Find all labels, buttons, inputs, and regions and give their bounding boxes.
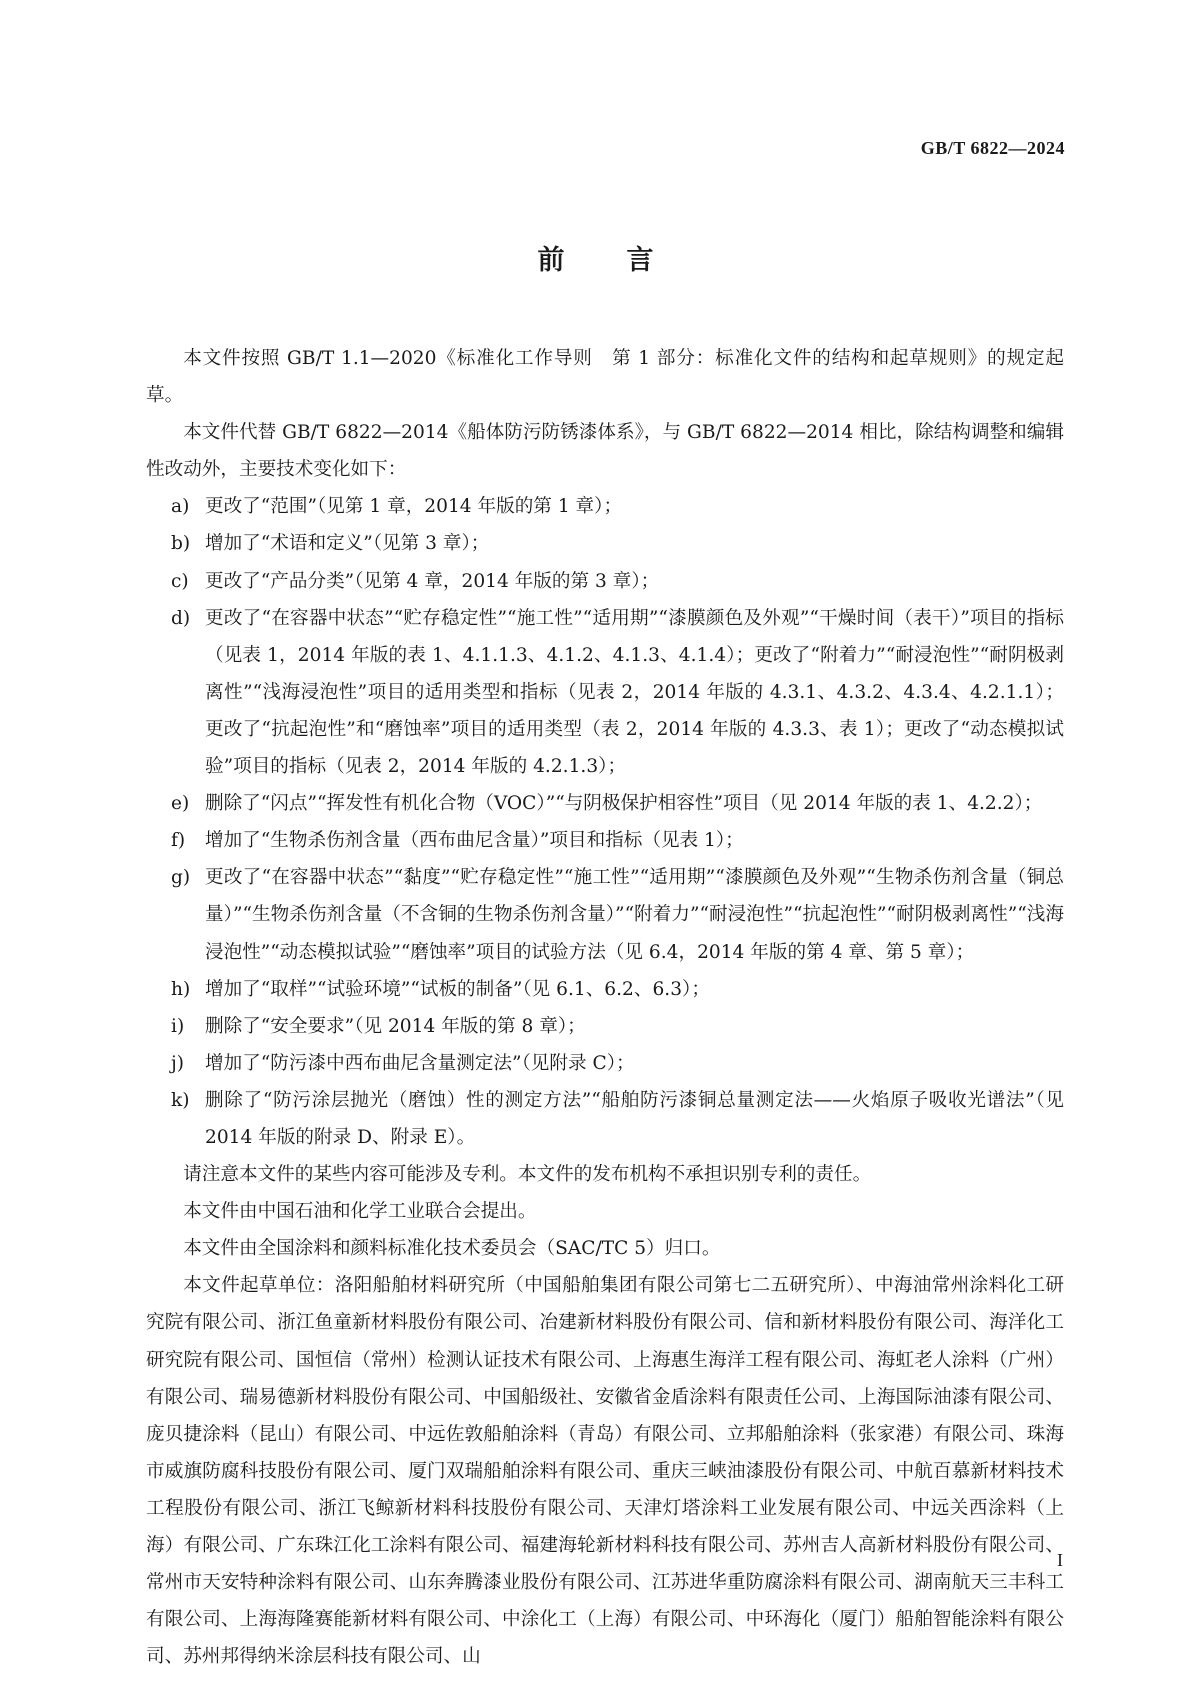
list-item-text: 删除了“闪点”“挥发性有机化合物（VOC）”“与阴极保护相容性”项目（见 201… — [205, 793, 1042, 814]
paragraph-patent-notice: 请注意本文件的某些内容可能涉及专利。本文件的发布机构不承担识别专利的责任。 — [146, 1156, 1064, 1193]
list-item: f)增加了“生物杀伤剂含量（西布曲尼含量）”项目和指标（见表 1）； — [146, 822, 1064, 859]
list-item-text: 增加了“生物杀伤剂含量（西布曲尼含量）”项目和指标（见表 1）； — [205, 830, 744, 851]
list-item: k)删除了“防污涂层抛光（磨蚀）性的测定方法”“船舶防污漆铜总量测定法——火焰原… — [146, 1082, 1064, 1156]
list-marker: g) — [171, 859, 190, 896]
list-marker: b) — [171, 525, 190, 562]
list-item-text: 更改了“产品分类”（见第 4 章，2014 年版的第 3 章）； — [205, 571, 659, 592]
changes-list: a)更改了“范围”（见第 1 章，2014 年版的第 1 章）； b)增加了“术… — [146, 488, 1064, 1156]
list-marker: a) — [171, 488, 189, 525]
list-item: j)增加了“防污漆中西布曲尼含量测定法”（见附录 C）； — [146, 1045, 1064, 1082]
paragraph-replacement: 本文件代替 GB/T 6822—2014《船体防污防锈漆体系》，与 GB/T 6… — [146, 414, 1064, 488]
page-number: I — [1057, 1550, 1063, 1571]
list-item-text: 增加了“取样”“试验环境”“试板的制备”（见 6.1、6.2、6.3）； — [205, 979, 710, 1000]
list-item-text: 删除了“安全要求”（见 2014 年版的第 8 章）； — [205, 1016, 586, 1037]
list-item: g)更改了“在容器中状态”“黏度”“贮存稳定性”“施工性”“适用期”“漆膜颜色及… — [146, 859, 1064, 970]
list-marker: j) — [171, 1045, 184, 1082]
list-item-text: 增加了“术语和定义”（见第 3 章）； — [205, 533, 489, 554]
list-item: c)更改了“产品分类”（见第 4 章，2014 年版的第 3 章）； — [146, 563, 1064, 600]
paragraph-proposer: 本文件由中国石油和化学工业联合会提出。 — [146, 1193, 1064, 1230]
list-marker: e) — [171, 785, 189, 822]
list-item: b)增加了“术语和定义”（见第 3 章）； — [146, 525, 1064, 562]
list-item-text: 增加了“防污漆中西布曲尼含量测定法”（见附录 C）； — [205, 1053, 635, 1074]
list-marker: f) — [171, 822, 185, 859]
list-marker: c) — [171, 563, 189, 600]
list-marker: h) — [171, 971, 190, 1008]
paragraph-drafting-units: 本文件起草单位：洛阳船舶材料研究所（中国船舶集团有限公司第七二五研究所）、中海油… — [146, 1267, 1064, 1675]
paragraph-drafting-rules: 本文件按照 GB/T 1.1—2020《标准化工作导则 第 1 部分：标准化文件… — [146, 340, 1064, 414]
list-marker: k) — [171, 1082, 190, 1119]
list-item: i)删除了“安全要求”（见 2014 年版的第 8 章）； — [146, 1008, 1064, 1045]
list-item-text: 更改了“在容器中状态”“黏度”“贮存稳定性”“施工性”“适用期”“漆膜颜色及外观… — [205, 867, 1064, 962]
list-marker: i) — [171, 1008, 184, 1045]
list-item-text: 更改了“范围”（见第 1 章，2014 年版的第 1 章）； — [205, 496, 622, 517]
list-item: h)增加了“取样”“试验环境”“试板的制备”（见 6.1、6.2、6.3）； — [146, 971, 1064, 1008]
document-body: 本文件按照 GB/T 1.1—2020《标准化工作导则 第 1 部分：标准化文件… — [146, 340, 1064, 1675]
standard-code: GB/T 6822—2024 — [921, 138, 1065, 159]
list-item-text: 删除了“防污涂层抛光（磨蚀）性的测定方法”“船舶防污漆铜总量测定法——火焰原子吸… — [205, 1090, 1064, 1148]
list-item: d)更改了“在容器中状态”“贮存稳定性”“施工性”“适用期”“漆膜颜色及外观”“… — [146, 600, 1064, 785]
list-marker: d) — [171, 600, 190, 637]
page-title: 前言 — [0, 238, 1191, 277]
paragraph-technical-committee: 本文件由全国涂料和颜料标准化技术委员会（SAC/TC 5）归口。 — [146, 1230, 1064, 1267]
list-item: e)删除了“闪点”“挥发性有机化合物（VOC）”“与阴极保护相容性”项目（见 2… — [146, 785, 1064, 822]
list-item-text: 更改了“在容器中状态”“贮存稳定性”“施工性”“适用期”“漆膜颜色及外观”“干燥… — [205, 608, 1064, 777]
list-item: a)更改了“范围”（见第 1 章，2014 年版的第 1 章）； — [146, 488, 1064, 525]
